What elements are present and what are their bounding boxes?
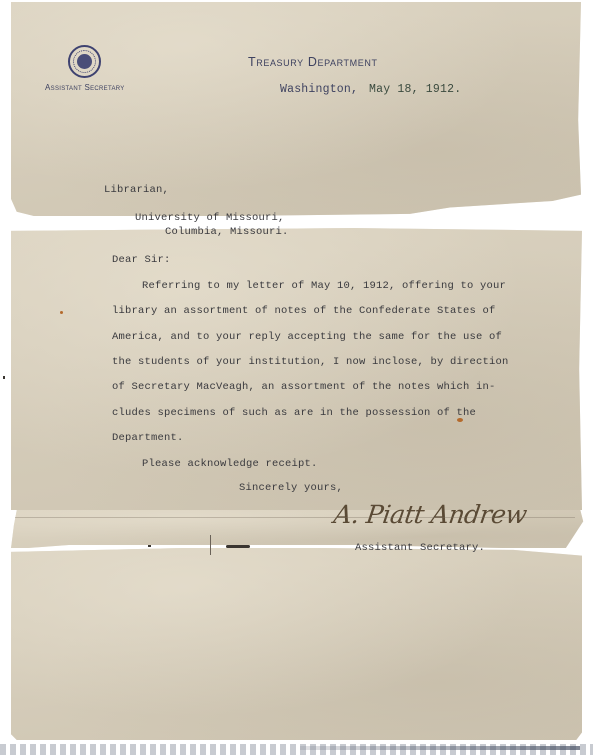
body-line: library an assortment of notes of the Co…: [112, 305, 496, 317]
body-line: America, and to your reply accepting the…: [112, 331, 502, 343]
salutation: Dear Sir:: [112, 254, 171, 266]
body-line: Referring to my letter of May 10, 1912, …: [142, 280, 506, 292]
treasury-seal-icon: [68, 45, 101, 78]
rust-stain: [60, 311, 63, 314]
acknowledge-request: Please acknowledge receipt.: [142, 458, 318, 470]
ink-smudge: [226, 545, 250, 548]
valediction: Sincerely yours,: [239, 482, 343, 494]
seal-caption: Assistant Secretary: [45, 83, 125, 92]
rust-stain: [457, 418, 463, 422]
letter-date: May 18, 1912.: [369, 83, 461, 96]
body-line: the students of your institution, I now …: [112, 356, 509, 368]
scan-bottom-shadow: [300, 746, 580, 750]
recipient-title: Librarian,: [104, 184, 169, 196]
body-line: cludes specimens of such as are in the p…: [112, 407, 476, 419]
signer-title: Assistant Secretary.: [355, 542, 485, 554]
handwritten-signature: A. Piatt Andrew: [332, 500, 529, 529]
scan-speck: [3, 376, 5, 379]
place-line: Washington,: [280, 83, 358, 96]
fold-crease: [15, 517, 575, 518]
recipient-institution: University of Missouri,: [135, 212, 285, 224]
ink-dot: [148, 545, 151, 547]
paper-piece-bottom: [11, 548, 582, 740]
body-line: of Secretary MacVeagh, an assortment of …: [112, 381, 496, 393]
tear-mark: [210, 535, 211, 555]
body-line: Department.: [112, 432, 184, 444]
paper-piece-top: [11, 2, 581, 216]
department-heading: Treasury Department: [248, 55, 378, 69]
recipient-location: Columbia, Missouri.: [165, 226, 289, 238]
